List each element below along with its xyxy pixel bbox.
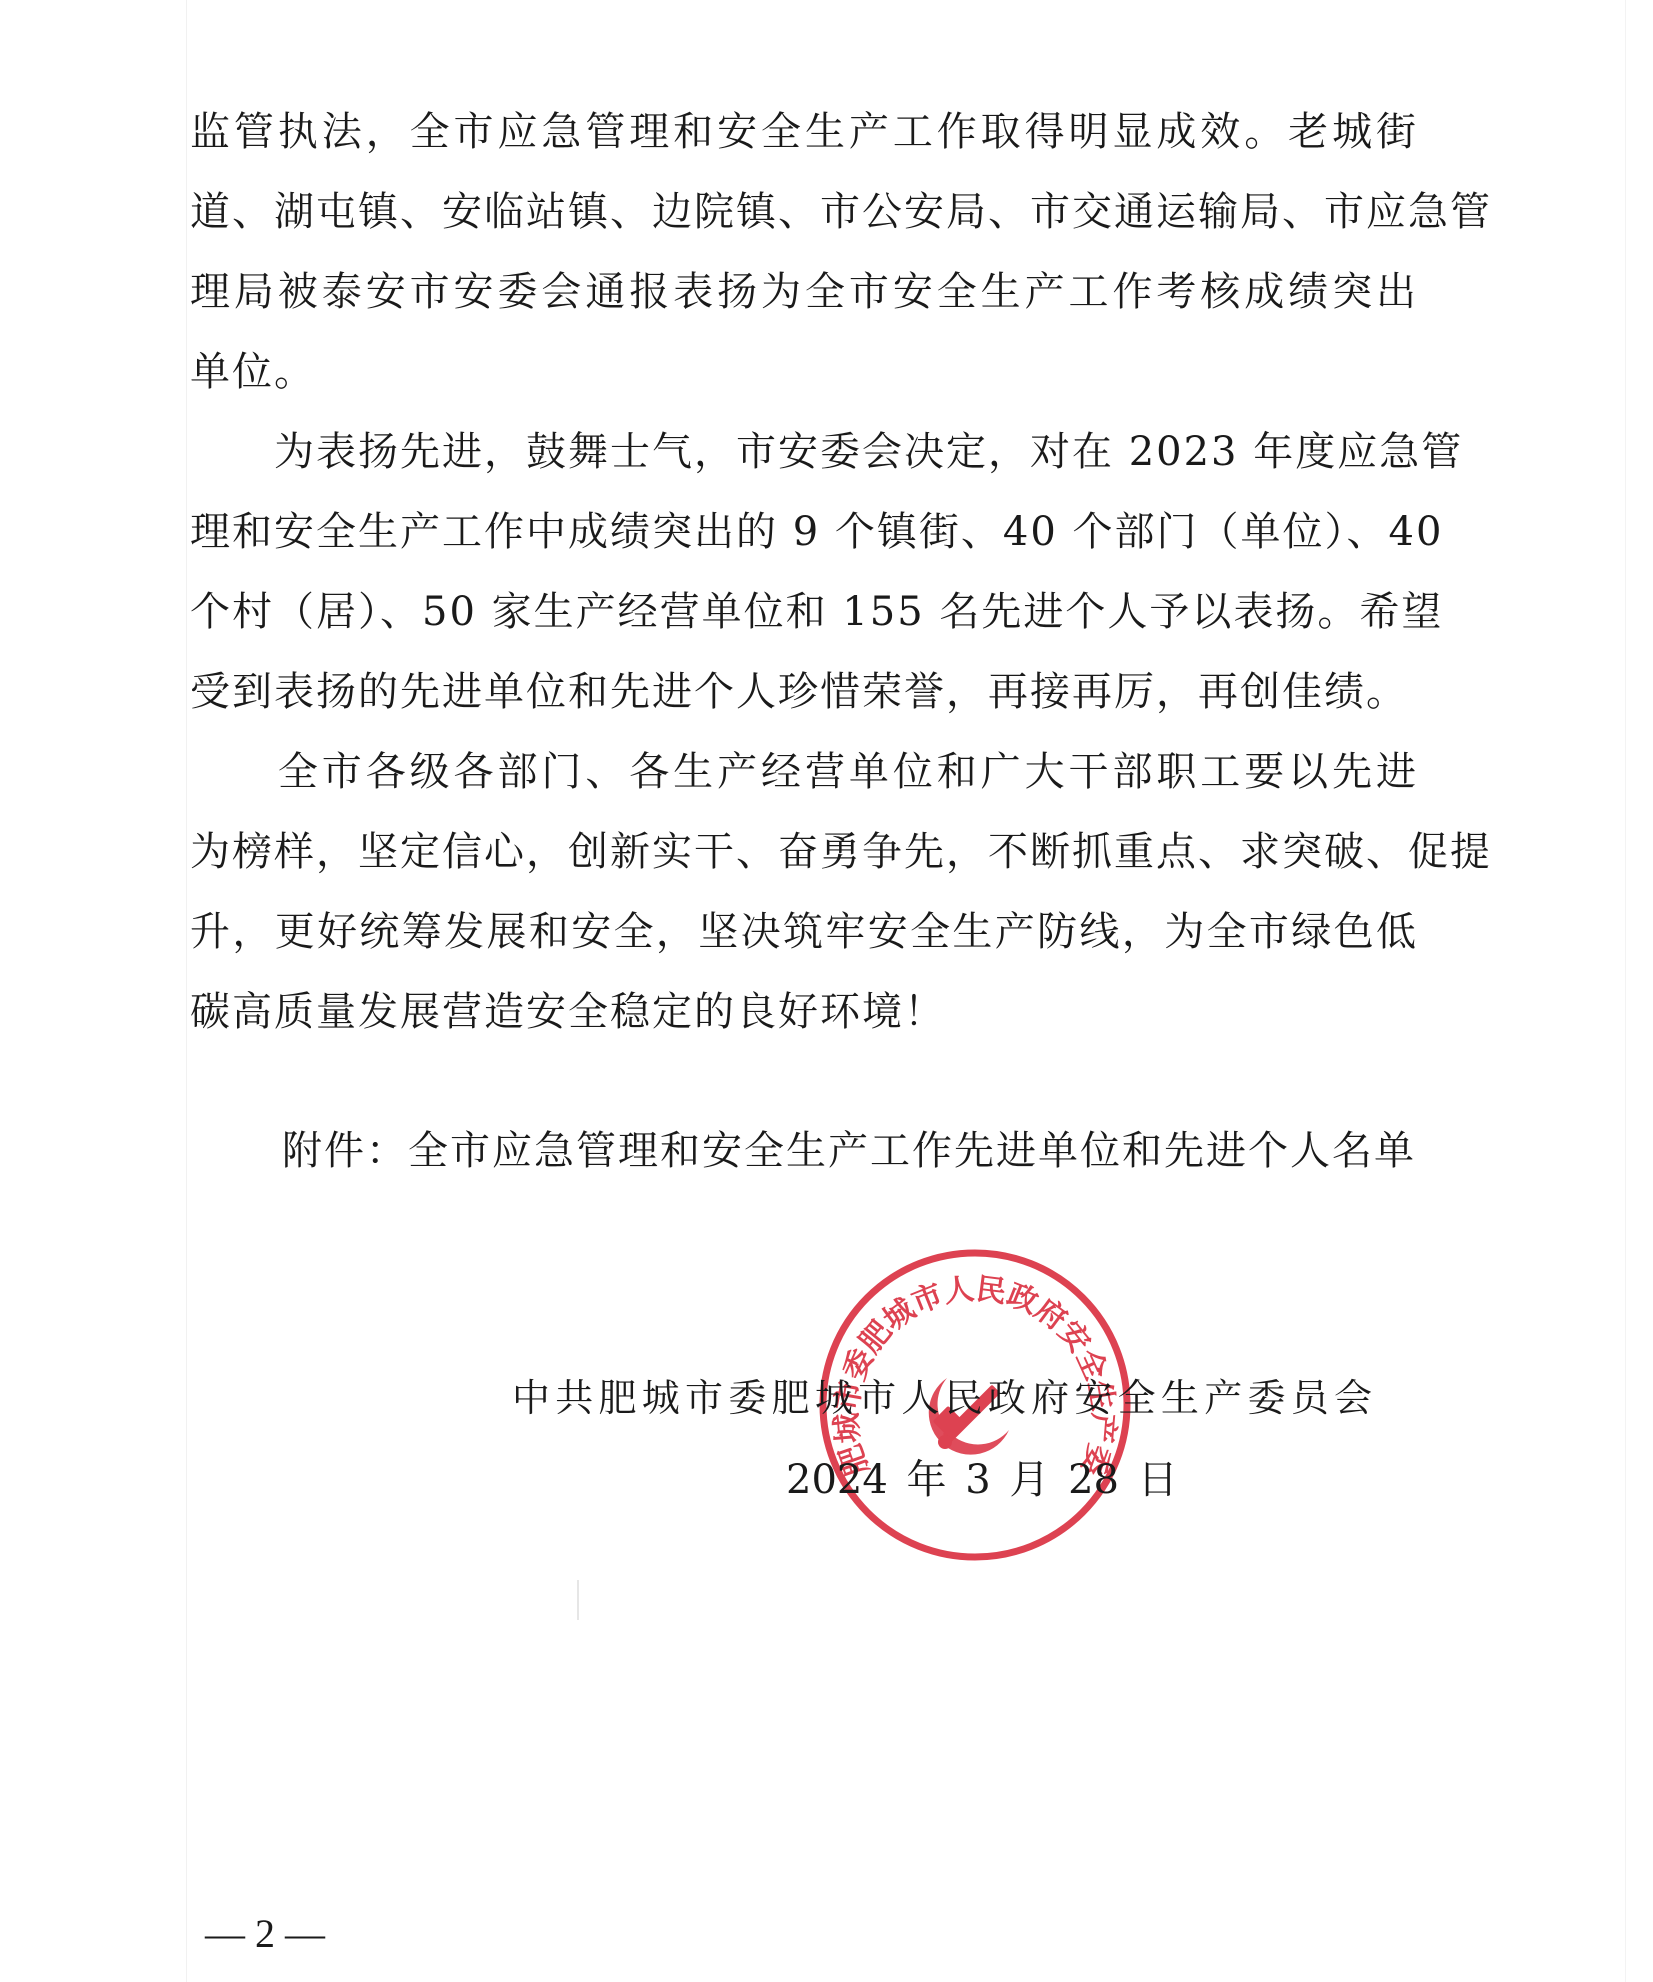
issue-date: 2024 年 3 月 28 日: [786, 1454, 1178, 1506]
text-line: 个村（居）、50 家生产经营单位和 155 名先进个人予以表扬。希望: [190, 586, 1418, 666]
text-line: 升，更好统筹发展和安全，坚决筑牢安全生产防线，为全市绿色低: [190, 906, 1418, 986]
text-line: 理和安全生产工作中成绩突出的 9 个镇街、40 个部门（单位）、40: [190, 506, 1418, 586]
text-line: 为表扬先进，鼓舞士气，市安委会决定，对在 2023 年度应急管: [190, 426, 1418, 506]
text-line: 单位。: [190, 346, 1418, 426]
text-line: 全市各级各部门、各生产经营单位和广大干部职工要以先进: [190, 746, 1418, 826]
text-line: 监管执法，全市应急管理和安全生产工作取得明显成效。老城街: [190, 106, 1418, 186]
text-line: 受到表扬的先进单位和先进个人珍惜荣誉，再接再厉，再创佳绩。: [190, 666, 1418, 746]
page-edge: [1625, 0, 1626, 1982]
text-line: 理局被泰安市安委会通报表扬为全市安全生产工作考核成绩突出: [190, 266, 1418, 346]
text-line: 为榜样，坚定信心，创新实干、奋勇争先，不断抓重点、求突破、促提: [190, 826, 1418, 906]
text-line: 碳高质量发展营造安全稳定的良好环境！: [190, 986, 1418, 1066]
document-body: 监管执法，全市应急管理和安全生产工作取得明显成效。老城街 道、湖屯镇、安临站镇、…: [190, 106, 1418, 1066]
issuer-signature: 中共肥城市委肥城市人民政府安全生产委员会: [512, 1372, 1372, 1424]
page-edge: [186, 0, 187, 1982]
text-line: 道、湖屯镇、安临站镇、边院镇、市公安局、市交通运输局、市应急管: [190, 186, 1418, 266]
attachment-note: 附件：全市应急管理和安全生产工作先进单位和先进个人名单: [282, 1125, 1412, 1177]
page-number: — 2 —: [205, 1908, 325, 1960]
scan-artifact: [577, 1580, 579, 1620]
